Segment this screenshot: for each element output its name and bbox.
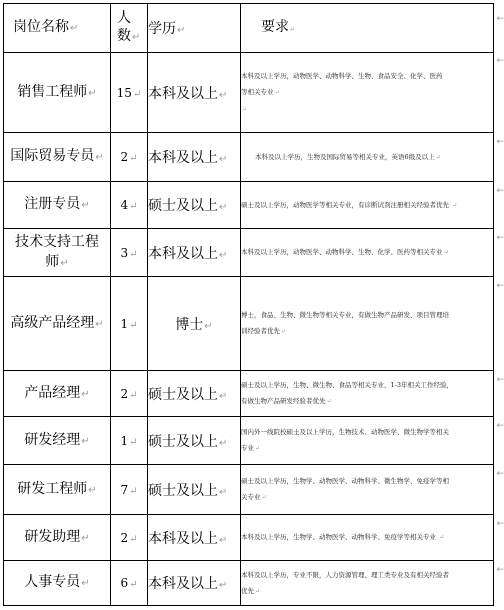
education-cell: 本科及以上↵ (148, 561, 241, 606)
paragraph-mark-icon: ↵ (219, 487, 227, 498)
table-row: 人事专员↵ 6↵ 本科及以上↵ 本科及以上学历，专业不限，人力资源管理、理工类专… (4, 561, 494, 606)
job-title: 产品经理 (24, 385, 80, 401)
paragraph-mark-icon: ↵ (219, 90, 227, 101)
job-title: 研发助理 (24, 529, 80, 545)
paragraph-mark-icon: ↵ (219, 250, 227, 261)
table-row: 产品经理↵ 2↵ 硕士及以上↵ 硕士及以上学历，生物、微生物、食品等相关专业，1… (4, 371, 494, 417)
paragraph-mark-icon: ↵ (452, 202, 457, 209)
paragraph-mark-icon: ↵ (60, 258, 68, 269)
headcount-cell: 3↵ (111, 229, 148, 277)
requirements-line: 训经验者优先 (241, 327, 280, 335)
education-cell: 硕士及以上↵ (148, 371, 241, 417)
education-cell: 本科及以上↵ (148, 53, 241, 133)
requirements-cell: 博士，食品、生物、微生物等相关专业，有做生物产品研发、项目管理培 训经验者优先↵ (241, 277, 494, 371)
requirements-cell: 硕士及以上学历，动物医学等相关专业，有诊断试剂注册相关经验者优先 ↵ (241, 182, 494, 229)
job-title-cell: 国际贸易专员↵ (4, 133, 111, 182)
requirements-line: 本科及以上学历，生物及国际贸易等相关专业，英语6级及以上 (255, 153, 435, 161)
row-end-mark-icon: ← (496, 56, 504, 66)
headcount-cell: 1↵ (111, 277, 148, 371)
paragraph-mark-icon: ↵ (204, 321, 212, 332)
requirements-line: 硕士及以上学历，动物医学等相关专业，有诊断试剂注册相关经验者优先 (241, 201, 449, 209)
headcount-cell: 15↵ (111, 53, 148, 133)
requirements-line: 等相关专业 (241, 88, 274, 96)
job-title: 注册专员 (24, 196, 80, 212)
requirements-line: 本科及以上学历，动物医学、动物科学、生物、化学、医药等相关专业 (241, 248, 443, 256)
row-end-mark-icon: ← (496, 375, 504, 385)
paragraph-mark-icon: ↵ (129, 153, 137, 164)
education: 博士 (175, 317, 203, 333)
job-title: 人事专员 (24, 574, 80, 590)
education: 本科及以上 (148, 86, 218, 102)
row-end-mark-icon: ← (496, 469, 504, 479)
row-end-mark-icon: ← (496, 233, 504, 243)
row-end-mark-icon: ← (496, 137, 504, 147)
row-end-mark-icon: ← (496, 565, 504, 575)
row-end-mark-icon: ← (496, 519, 504, 529)
job-title-cell: 销售工程师↵ (4, 53, 111, 133)
row-end-mark-icon: ← (496, 186, 504, 196)
paragraph-mark-icon: ↵ (439, 534, 444, 541)
job-title-cell: 注册专员↵ (4, 182, 111, 229)
requirements-cell: 本科及以上学历，生物学、动物医学、动物科学、免疫学等相关专业 ↵ (241, 515, 494, 561)
job-title: 高级产品经理 (10, 315, 94, 331)
headcount: 2 (120, 150, 128, 164)
header-requirements: 要求 (261, 19, 289, 35)
requirements-line: 本科及以上学历，生物学、动物医学、动物科学、免疫学等相关专业 (241, 533, 436, 541)
paragraph-mark-icon: ↵ (255, 588, 260, 595)
requirements-line: 博士，食品、生物、微生物等相关专业，有做生物产品研发、项目管理培 (241, 307, 493, 323)
requirements-line: 本科及以上学历，专业不限，人力资源管理、理工类专业及有相关经验者 (241, 567, 493, 583)
paragraph-mark-icon: ↵ (129, 390, 137, 401)
header-education-cell: 学历↵ (148, 4, 241, 53)
header-title: 岗位名称 (13, 19, 69, 35)
requirements-line: 专业 (241, 444, 254, 452)
job-requirements-table: 岗位名称↵ 人 数↵ 学历↵ 要求↵ 销售工程师↵ 15↵ 本科及以上↵ 本科及… (3, 3, 494, 606)
paragraph-mark-icon: ↵ (70, 23, 78, 34)
job-title-cell: 产品经理↵ (4, 371, 111, 417)
headcount-cell: 2↵ (111, 133, 148, 182)
requirements-line: 国内外一线院校硕士及以上学历，生物技术、动物医学、微生物学等相关 (241, 424, 493, 440)
table-header-row: 岗位名称↵ 人 数↵ 学历↵ 要求↵ (4, 4, 494, 53)
header-count-line1: 人 (117, 9, 147, 27)
paragraph-mark-icon: ↵ (81, 436, 89, 447)
row-end-mark-icon: ← (496, 281, 504, 291)
job-title-cell: 人事专员↵ (4, 561, 111, 606)
headcount-cell: 2↵ (111, 515, 148, 561)
paragraph-mark-icon: ↵ (133, 89, 141, 100)
header-count-line2: 数 (117, 28, 131, 44)
job-title-line: 师 (45, 254, 59, 270)
headcount-cell: 1↵ (111, 417, 148, 465)
paragraph-mark-icon: ↵ (129, 579, 137, 590)
job-title-cell: 技术支持工程 师↵ (4, 229, 111, 277)
paragraph-mark-icon: ↵ (219, 391, 227, 402)
requirements-line: 有做生物产品研发经验者优先 (241, 397, 326, 405)
paragraph-mark-icon: ↵ (275, 89, 280, 96)
requirements-cell: 硕士及以上学历，生物、微生物、食品等相关专业，1-3年相关工作经验， 有做生物产… (241, 371, 494, 417)
paragraph-mark-icon: ↵ (129, 437, 137, 448)
education-cell: 本科及以上↵ (148, 229, 241, 277)
requirements-line: 关专业 (241, 493, 261, 501)
job-title-line: 技术支持工程 (4, 232, 110, 252)
table-row: 高级产品经理↵ 1↵ 博士↵ 博士，食品、生物、微生物等相关专业，有做生物产品研… (4, 277, 494, 371)
headcount-cell: 7↵ (111, 465, 148, 515)
job-title-cell: 高级产品经理↵ (4, 277, 111, 371)
headcount-cell: 2↵ (111, 371, 148, 417)
requirements-line: 优先 (241, 587, 254, 595)
headcount: 6 (120, 576, 128, 590)
headcount-cell: 4↵ (111, 182, 148, 229)
job-title: 国际贸易专员 (10, 148, 94, 164)
requirements-cell: 本科及以上学历，动物医学、动物科学、生物、食品安全、化学、医药 等相关专业↵ ↵ (241, 53, 494, 133)
table-row: 注册专员↵ 4↵ 硕士及以上↵ 硕士及以上学历，动物医学等相关专业，有诊断试剂注… (4, 182, 494, 229)
requirements-line: 硕士及以上学历，生物学、动物医学、动物科学、微生物学、免疫学等相 (241, 473, 493, 489)
education-cell: 硕士及以上↵ (148, 182, 241, 229)
job-title: 销售工程师 (17, 84, 87, 100)
header-count-cell: 人 数↵ (111, 4, 148, 53)
paragraph-mark-icon: ↵ (129, 486, 137, 497)
paragraph-mark-icon: ↵ (129, 201, 137, 212)
education-cell: 硕士及以上↵ (148, 417, 241, 465)
headcount: 4 (120, 198, 128, 212)
education: 硕士及以上 (148, 434, 218, 450)
paragraph-mark-icon: ↵ (81, 578, 89, 589)
table-row: 技术支持工程 师↵ 3↵ 本科及以上↵ 本科及以上学历，动物医学、动物科学、生物… (4, 229, 494, 277)
paragraph-mark-icon: ↵ (290, 26, 295, 33)
header-education: 学历 (148, 21, 176, 37)
headcount: 2 (120, 531, 128, 545)
paragraph-mark-icon: ↵ (219, 535, 227, 546)
job-title-cell: 研发助理↵ (4, 515, 111, 561)
education: 本科及以上 (148, 150, 218, 166)
paragraph-mark-icon: ↵ (88, 485, 96, 496)
table-row: 研发助理↵ 2↵ 本科及以上↵ 本科及以上学历，生物学、动物医学、动物科学、免疫… (4, 515, 494, 561)
education: 本科及以上 (148, 576, 218, 592)
paragraph-mark-icon: ↵ (219, 154, 227, 165)
job-title: 研发工程师 (17, 481, 87, 497)
paragraph-mark-icon: ↵ (95, 319, 103, 330)
requirements-cell: 本科及以上学历，动物医学、动物科学、生物、化学、医药等相关专业↵ (241, 229, 494, 277)
headcount-cell: 6↵ (111, 561, 148, 606)
paragraph-mark-icon: ↵ (436, 154, 441, 161)
paragraph-mark-icon: ↵ (444, 249, 449, 256)
requirements-cell: 国内外一线院校硕士及以上学历，生物技术、动物医学、微生物学等相关 专业↵ (241, 417, 494, 465)
paragraph-mark-icon: ↵ (132, 32, 140, 43)
education: 硕士及以上 (148, 387, 218, 403)
table-row: 研发经理↵ 1↵ 硕士及以上↵ 国内外一线院校硕士及以上学历，生物技术、动物医学… (4, 417, 494, 465)
education-cell: 本科及以上↵ (148, 133, 241, 182)
requirements-cell: 本科及以上学历，专业不限，人力资源管理、理工类专业及有相关经验者 优先↵ (241, 561, 494, 606)
paragraph-mark-icon: ↵ (177, 25, 185, 36)
paragraph-mark-icon: ↵ (327, 398, 332, 405)
education-cell: 博士↵ (148, 277, 241, 371)
paragraph-mark-icon: ↵ (219, 438, 227, 449)
paragraph-mark-icon: ↵ (81, 200, 89, 211)
job-title-cell: 研发经理↵ (4, 417, 111, 465)
paragraph-mark-icon: ↵ (81, 389, 89, 400)
requirements-cell: 本科及以上学历，生物及国际贸易等相关专业，英语6级及以上↵ (241, 133, 494, 182)
education: 本科及以上 (148, 531, 218, 547)
paragraph-mark-icon: ↵ (255, 445, 260, 452)
paragraph-mark-icon: ↵ (129, 320, 137, 331)
paragraph-mark-icon: ↵ (242, 106, 247, 113)
paragraph-mark-icon: ↵ (81, 533, 89, 544)
paragraph-mark-icon: ↵ (88, 88, 96, 99)
paragraph-mark-icon: ↵ (95, 152, 103, 163)
headcount: 3 (120, 246, 128, 260)
table-row: 国际贸易专员↵ 2↵ 本科及以上↵ 本科及以上学历，生物及国际贸易等相关专业，英… (4, 133, 494, 182)
headcount: 7 (120, 483, 128, 497)
requirements-line: 硕士及以上学历，生物、微生物、食品等相关专业，1-3年相关工作经验， (241, 377, 493, 393)
header-title-cell: 岗位名称↵ (4, 4, 111, 53)
table-row: 研发工程师↵ 7↵ 硕士及以上↵ 硕士及以上学历，生物学、动物医学、动物科学、微… (4, 465, 494, 515)
headcount: 1 (120, 434, 128, 448)
education-cell: 硕士及以上↵ (148, 465, 241, 515)
table-row: 销售工程师↵ 15↵ 本科及以上↵ 本科及以上学历，动物医学、动物科学、生物、食… (4, 53, 494, 133)
education: 硕士及以上 (148, 483, 218, 499)
requirements-line: 本科及以上学历，动物医学、动物科学、生物、食品安全、化学、医药 (241, 68, 493, 84)
header-requirements-cell: 要求↵ (241, 4, 494, 53)
paragraph-mark-icon: ↵ (219, 580, 227, 591)
headcount: 2 (120, 387, 128, 401)
paragraph-mark-icon: ↵ (129, 249, 137, 260)
row-end-mark-icon: ← (496, 421, 504, 431)
requirements-cell: 硕士及以上学历，生物学、动物医学、动物科学、微生物学、免疫学等相 关专业↵ (241, 465, 494, 515)
education: 本科及以上 (148, 246, 218, 262)
headcount: 1 (120, 317, 128, 331)
paragraph-mark-icon: ↵ (281, 328, 286, 335)
paragraph-mark-icon: ↵ (262, 494, 267, 501)
job-title-cell: 研发工程师↵ (4, 465, 111, 515)
row-end-mark-icon: ← (496, 14, 504, 24)
paragraph-mark-icon: ↵ (219, 202, 227, 213)
education: 硕士及以上 (148, 198, 218, 214)
job-title: 研发经理 (24, 432, 80, 448)
paragraph-mark-icon: ↵ (129, 534, 137, 545)
education-cell: 本科及以上↵ (148, 515, 241, 561)
headcount: 15 (117, 86, 132, 100)
